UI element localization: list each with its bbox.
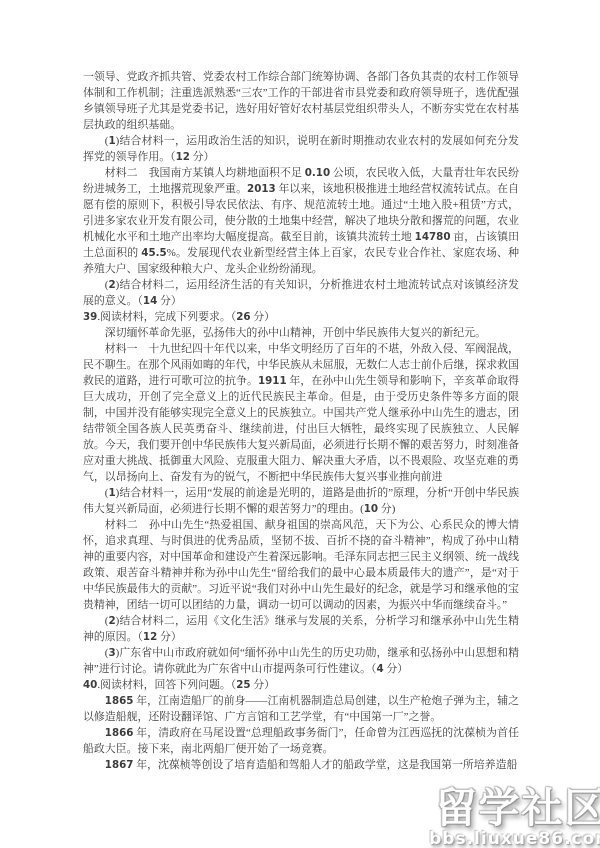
paragraph: 深切缅怀革命先驱，弘扬伟大的孙中山精神，开创中华民族伟大复兴的新纪元。 [83, 325, 519, 341]
paragraph: 40.阅读材料，回答下列问题。（25 分） [83, 677, 519, 693]
watermark: 留学社区 bbs.liuxue86.com [429, 787, 600, 848]
paragraph: (3)广东省中山市政府就如何“缅怀孙中山先生的历史功勋，继承和弘扬孙中山思想和精… [83, 645, 519, 677]
exam-page: 一领导、党政齐抓共管、党委农村工作综合部门统筹协调、各部门各负其责的农村工作领导… [0, 0, 600, 848]
exam-content: 一领导、党政齐抓共管、党委农村工作综合部门统筹协调、各部门各负其责的农村工作领导… [83, 69, 519, 773]
paragraph: (2)结合材料二，运用经济生活的有关知识，分析推进农村土地流转试点对该镇经济发展… [83, 277, 519, 309]
paragraph: (1)结合材料一，运用政治生活的知识，说明在新时期推动农业农村的发展如何充分发挥… [83, 133, 519, 165]
paragraph: 39.阅读材料，完成下列要求。（26 分） [83, 309, 519, 325]
paragraph: 1866 年，清政府在马尾设置“总理船政事务衙门”，任命曾为江西巡抚的沈葆桢为首… [83, 725, 519, 757]
paragraph: 材料二 我国南方某镇人均耕地面积不足 0.10 公顷，农民收入低，大量青壮年农民… [83, 165, 519, 277]
paragraph: (1)结合材料一，运用“发展的前途是光明的，道路是曲折的”原理，分析“开创中华民… [83, 485, 519, 517]
watermark-site-name: 留学社区 [429, 787, 600, 829]
paragraph: 1865 年，江南造船厂的前身——江南机器制造总局创建，以生产枪炮子弹为主，辅之… [83, 693, 519, 725]
watermark-site-url: bbs.liuxue86.com [429, 830, 600, 848]
paragraph: 1867 年，沈葆桢等创设了培育造船和驾船人才的船政学堂，这是我国第一所培养造船 [83, 757, 519, 773]
paragraph: 材料二 孙中山先生“热爱祖国、献身祖国的崇高风范，天下为公、心系民众的博大情怀，… [83, 517, 519, 613]
paragraph: (2)结合材料二，运用《文化生活》继承与发展的关系，分析学习和继承孙中山先生精神… [83, 613, 519, 645]
paragraph: 材料一 十九世纪四十年代以来，中华文明经历了百年的不堪，外敌入侵、军阀混战，民不… [83, 341, 519, 485]
paragraph: 一领导、党政齐抓共管、党委农村工作综合部门统筹协调、各部门各负其责的农村工作领导… [83, 69, 519, 133]
